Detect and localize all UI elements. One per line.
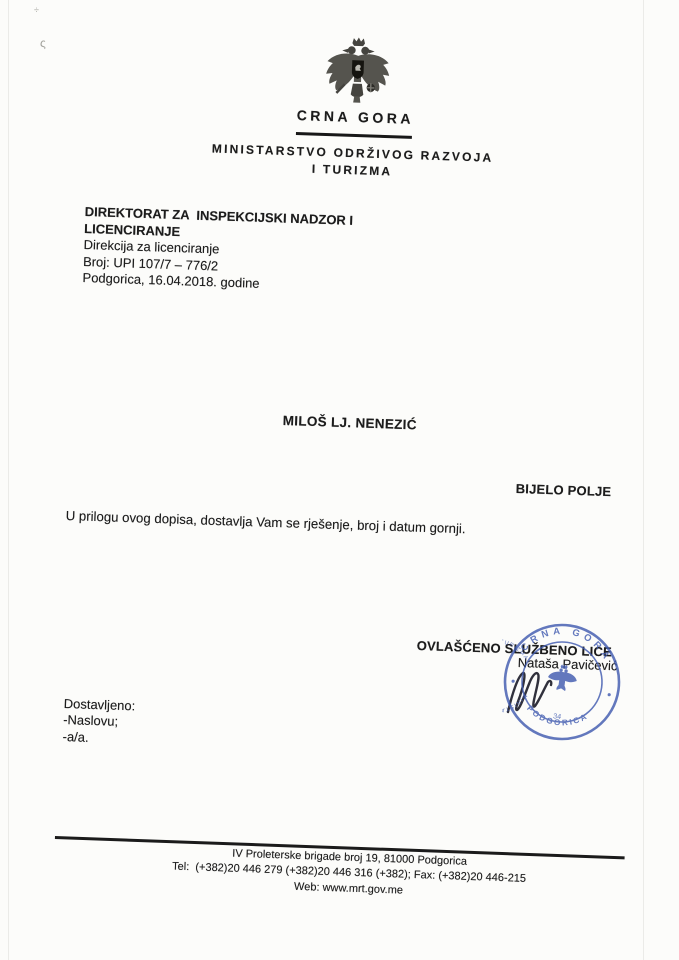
- country-title: CRNA GORA: [296, 107, 414, 127]
- stamp-coat-of-arms-icon: [546, 662, 578, 692]
- paper-edge-left: [8, 0, 9, 960]
- scan-artifact: ÷: [34, 5, 39, 15]
- official-round-stamp: CRNA GORA PODGORICA MINISTARSTVO ODRŽIVO…: [502, 622, 622, 747]
- coat-of-arms-icon: [320, 34, 395, 113]
- recipient-name: MILOŠ LJ. NENEZIĆ: [283, 413, 418, 432]
- delivery-item: -a/a.: [62, 729, 134, 748]
- recipient-city: BIJELO POLJE: [516, 481, 612, 499]
- scan-artifact: ς: [40, 36, 46, 50]
- stamp-country-arc: CRNA GORA: [518, 622, 617, 666]
- delivery-item: -Naslovu;: [63, 712, 135, 731]
- paper-edge-right: [643, 0, 644, 960]
- delivery-block: Dostavljeno: -Naslovu; -a/a.: [62, 696, 135, 747]
- letter-body: U prilogu ovog dopisa, dostavlja Vam se …: [66, 508, 466, 536]
- ministry-title: MINISTARSTVO ODRŽIVOG RAZVOJA I TURIZMA: [197, 140, 508, 184]
- footer-block: IV Proleterske brigade broj 19, 81000 Po…: [98, 842, 599, 906]
- sender-block: DIREKTORAT ZA INSPEKCIJSKI NADZOR I LICE…: [82, 204, 353, 295]
- scanned-letter-page: { "document": { "country": "CRNA GORA", …: [0, 0, 679, 960]
- header-divider: [296, 132, 412, 139]
- svg-text:CRNA GORA: CRNA GORA: [518, 622, 617, 666]
- stamp-number: 34: [553, 711, 562, 721]
